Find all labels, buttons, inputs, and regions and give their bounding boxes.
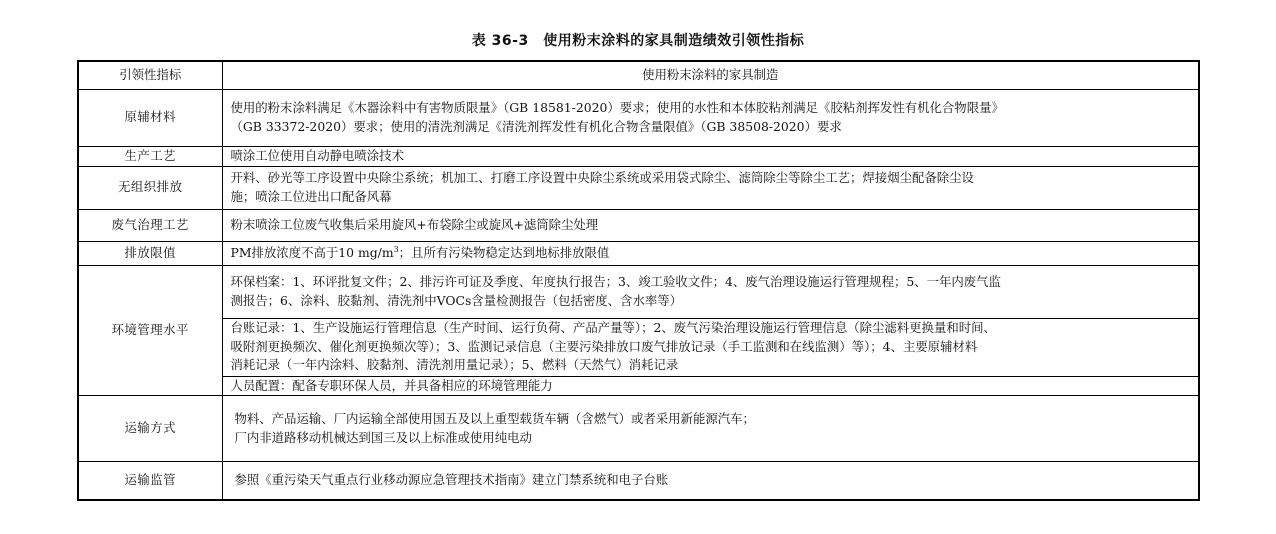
content-line: 台账记录：1、生产设施运行管理信息（生产时间、运行负荷、产品产量等）；2、废气污… [231,319,1191,338]
content-line: 物料、产品运输、厂内运输全部使用国五及以上重型载货车辆（含燃气）或者采用新能源汽… [235,410,1191,429]
row-label-gas-treatment: 废气治理工艺 [78,209,222,241]
row-content-ledger-records: 台账记录：1、生产设施运行管理信息（生产时间、运行负荷、产品产量等）；2、废气污… [222,318,1199,376]
row-content-env-archives: 环保档案：1、环评批复文件；2、排污许可证及季度、年度执行报告；3、竣工验收文件… [222,265,1199,318]
row-label-emission-limit: 排放限值 [78,241,222,265]
table-row: 原辅材料 使用的粉末涂料满足《木器涂料中有害物质限量》（GB 18581-202… [78,89,1199,146]
content-line: PM排放浓度不高于10 mg/m3；且所有污染物稳定达到地标排放限值 [231,244,1191,263]
row-label-fugitive-emission: 无组织排放 [78,166,222,209]
limit-text: PM排放浓度不高于10 mg/m [231,245,394,260]
table-header-row: 引领性指标 使用粉末涂料的家具制造 [78,61,1199,89]
content-line: 开料、砂光等工序设置中央除尘系统；机加工、打磨工序设置中央除尘系统或采用袋式除尘… [231,169,1191,188]
table-row: 废气治理工艺 粉末喷涂工位废气收集后采用旋风+布袋除尘或旋风+滤筒除尘处理 [78,209,1199,241]
row-content-gas-treatment: 粉末喷涂工位废气收集后采用旋风+布袋除尘或旋风+滤筒除尘处理 [222,209,1199,241]
content-line: 厂内非道路移动机械达到国三及以上标准或使用纯电动 [235,429,1191,448]
header-indicator: 引领性指标 [78,61,222,89]
content-line: 喷涂工位使用自动静电喷涂技术 [231,147,1191,166]
row-content-process: 喷涂工位使用自动静电喷涂技术 [222,146,1199,166]
limit-text-after: ；且所有污染物稳定达到地标排放限值 [399,245,610,260]
content-line: 消耗记录（一年内涂料、胶黏剂、清洗剂用量记录）；5、燃料（天然气）消耗记录 [231,356,1191,375]
table-row: 无组织排放 开料、砂光等工序设置中央除尘系统；机加工、打磨工序设置中央除尘系统或… [78,166,1199,209]
table-row: 生产工艺 喷涂工位使用自动静电喷涂技术 [78,146,1199,166]
content-line: 使用的粉末涂料满足《木器涂料中有害物质限量》（GB 18581-2020）要求；… [231,99,1191,118]
table-row: 人员配置：配备专职环保人员，并具备相应的环境管理能力 [78,376,1199,396]
row-content-materials: 使用的粉末涂料满足《木器涂料中有害物质限量》（GB 18581-2020）要求；… [222,89,1199,146]
table-row: 台账记录：1、生产设施运行管理信息（生产时间、运行负荷、产品产量等）；2、废气污… [78,318,1199,376]
row-content-transport-mode: 物料、产品运输、厂内运输全部使用国五及以上重型载货车辆（含燃气）或者采用新能源汽… [222,396,1199,462]
content-line: 施；喷涂工位进出口配备风幕 [231,188,1191,207]
row-label-transport-supervision: 运输监管 [78,462,222,500]
table-row: 运输方式 物料、产品运输、厂内运输全部使用国五及以上重型载货车辆（含燃气）或者采… [78,396,1199,462]
row-label-materials: 原辅材料 [78,89,222,146]
row-content-staffing: 人员配置：配备专职环保人员，并具备相应的环境管理能力 [222,376,1199,396]
table-row: 运输监管 参照《重污染天气重点行业移动源应急管理技术指南》建立门禁系统和电子台账 [78,462,1199,500]
content-line: 粉末喷涂工位废气收集后采用旋风+布袋除尘或旋风+滤筒除尘处理 [231,216,1191,235]
table-row: 排放限值 PM排放浓度不高于10 mg/m3；且所有污染物稳定达到地标排放限值 [78,241,1199,265]
row-content-transport-supervision: 参照《重污染天气重点行业移动源应急管理技术指南》建立门禁系统和电子台账 [222,462,1199,500]
row-content-fugitive-emission: 开料、砂光等工序设置中央除尘系统；机加工、打磨工序设置中央除尘系统或采用袋式除尘… [222,166,1199,209]
table-caption: 表 36-3 使用粉末涂料的家具制造绩效引领性指标 [0,30,1276,50]
content-line: （GB 33372-2020）要求；使用的清洗剂满足《清洗剂挥发性有机化合物含量… [231,118,1191,137]
content-line: 人员配置：配备专职环保人员，并具备相应的环境管理能力 [231,377,1191,396]
content-line: 环保档案：1、环评批复文件；2、排污许可证及季度、年度执行报告；3、竣工验收文件… [231,273,1191,292]
content-line: 测报告；6、涂料、胶黏剂、清洗剂中VOCs含量检测报告（包括密度、含水率等） [231,292,1191,311]
header-category: 使用粉末涂料的家具制造 [222,61,1199,89]
content-line: 吸附剂更换频次、催化剂更换频次等）；3、监测记录信息（主要污染排放口废气排放记录… [231,338,1191,357]
table-row: 环境管理水平 环保档案：1、环评批复文件；2、排污许可证及季度、年度执行报告；3… [78,265,1199,318]
row-label-process: 生产工艺 [78,146,222,166]
indicators-table: 引领性指标 使用粉末涂料的家具制造 原辅材料 使用的粉末涂料满足《木器涂料中有害… [77,60,1200,501]
row-label-transport-mode: 运输方式 [78,396,222,462]
row-label-env-management: 环境管理水平 [78,265,222,396]
content-line: 参照《重污染天气重点行业移动源应急管理技术指南》建立门禁系统和电子台账 [235,471,1191,490]
row-content-emission-limit: PM排放浓度不高于10 mg/m3；且所有污染物稳定达到地标排放限值 [222,241,1199,265]
